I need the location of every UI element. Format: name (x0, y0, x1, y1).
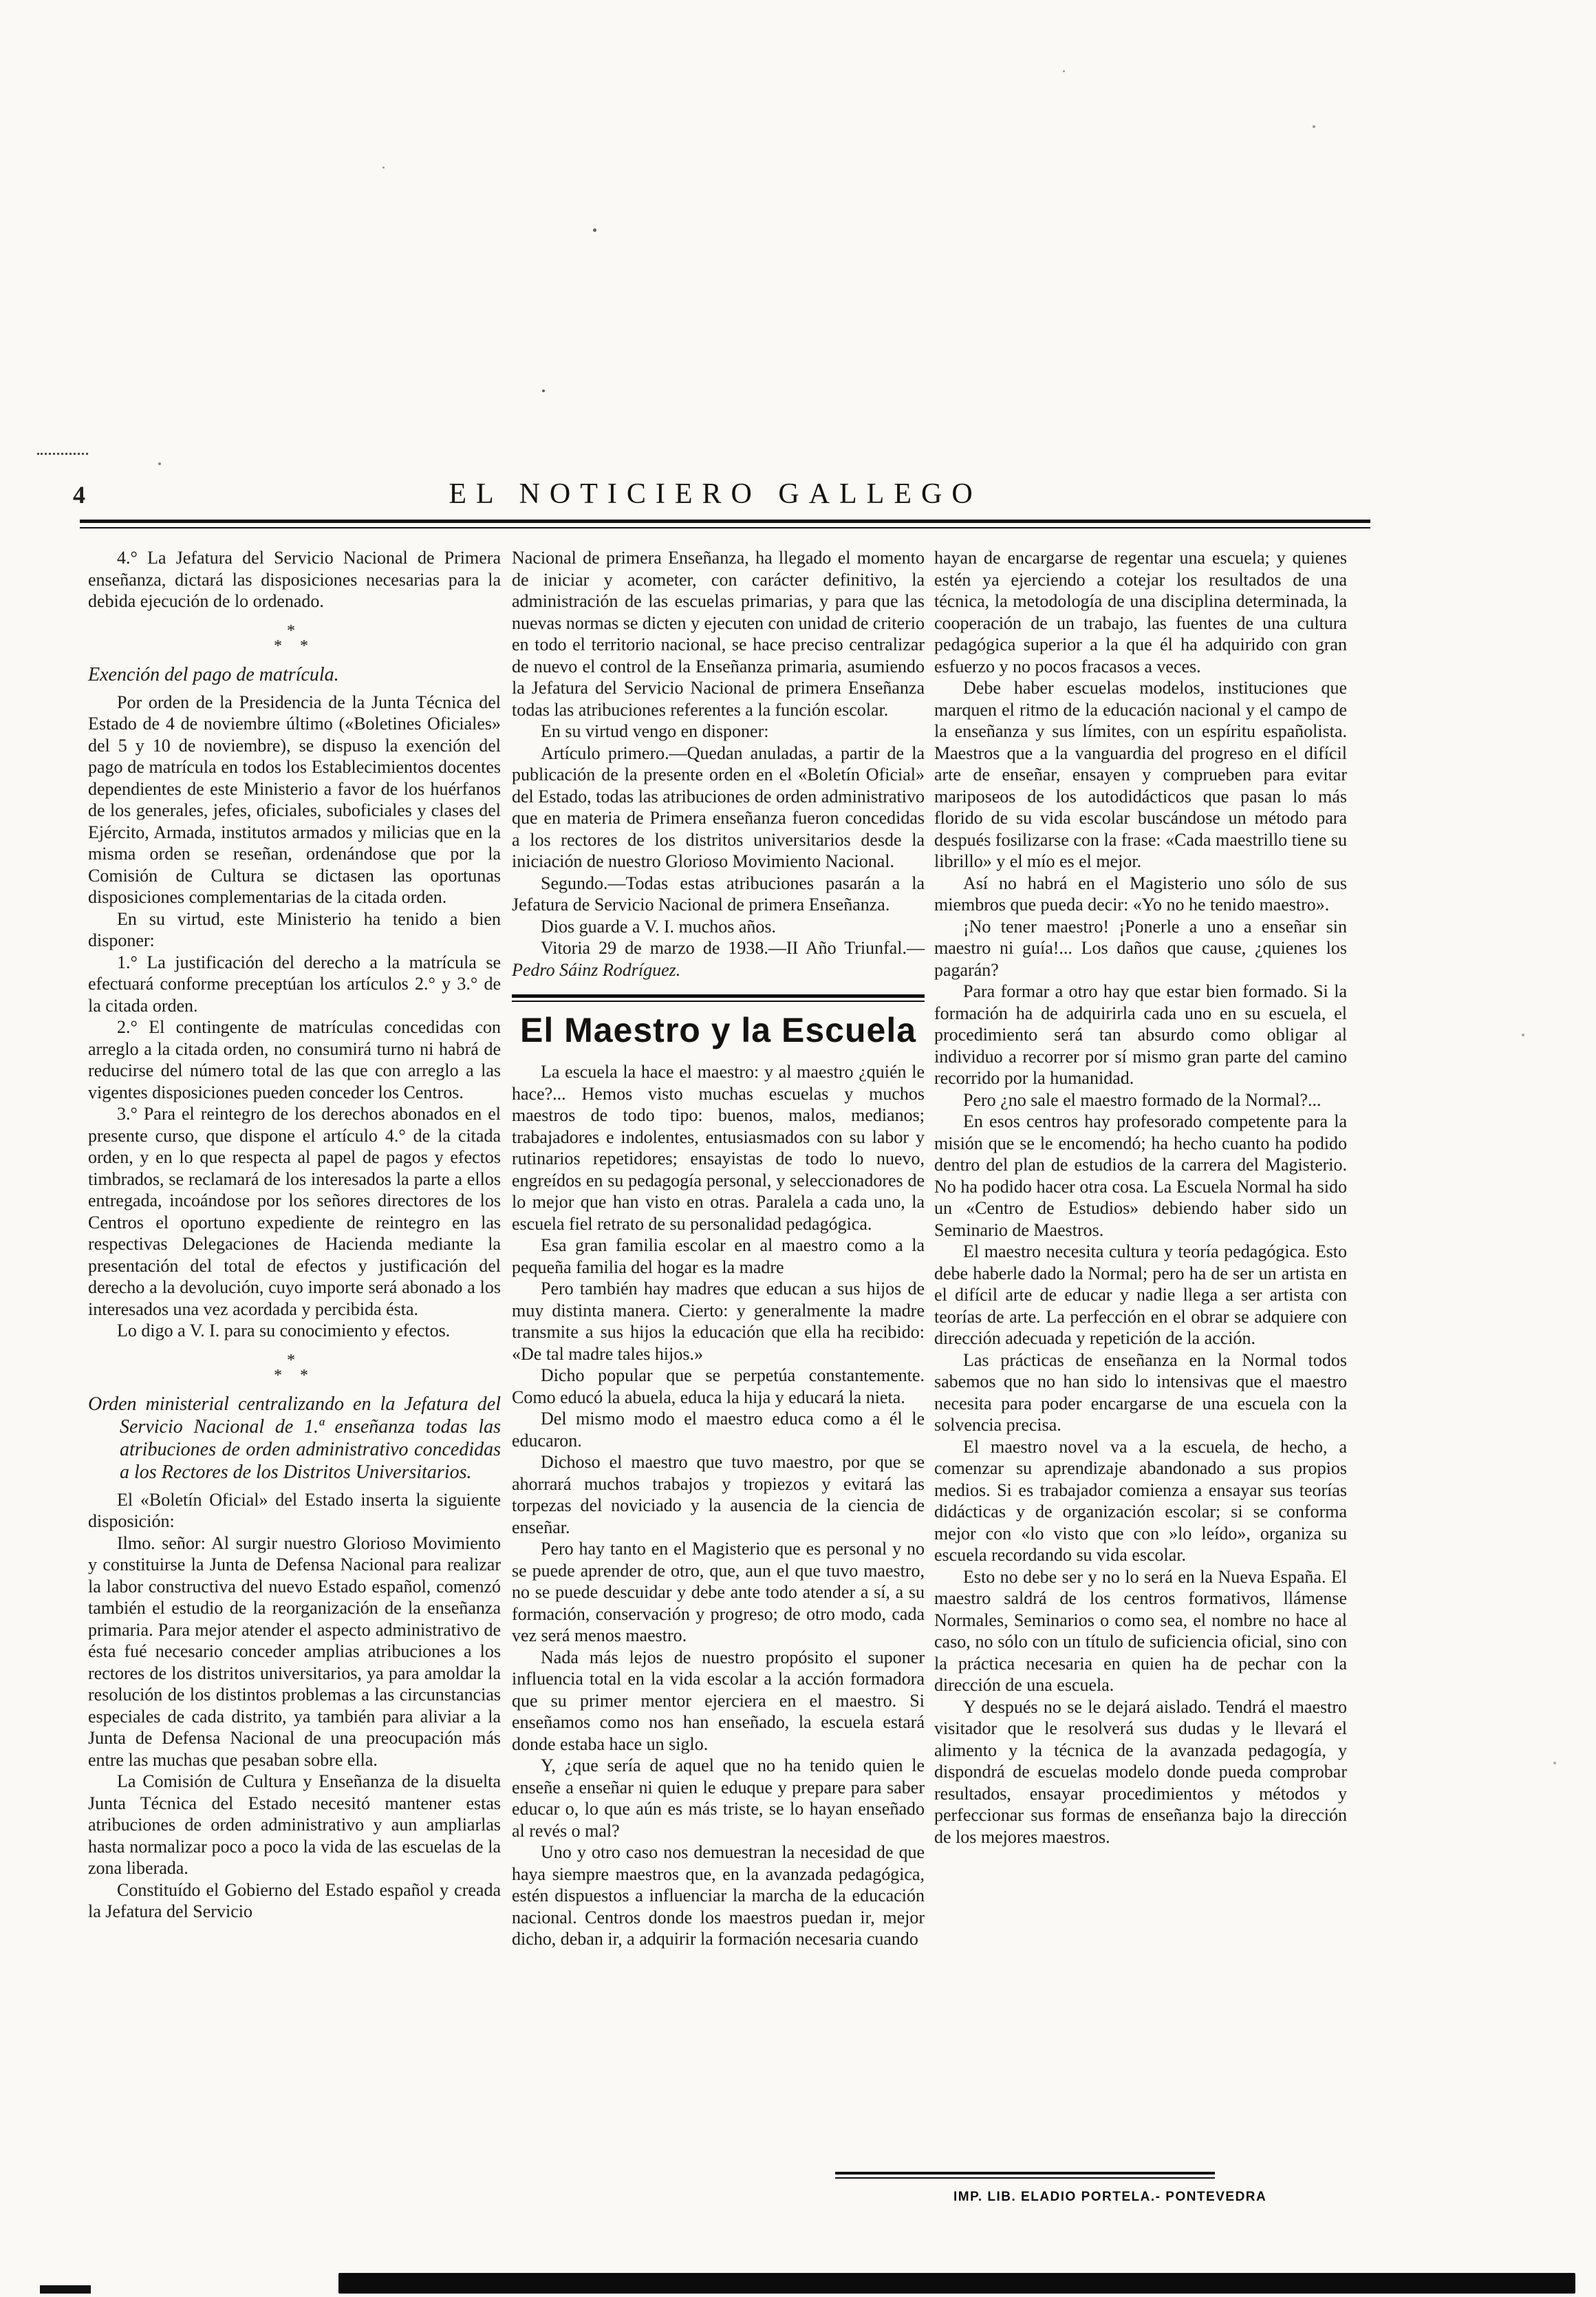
text-column-3: hayan de encargarse de regentar una escu… (934, 547, 1347, 1848)
asterism-separator: ** * (88, 623, 501, 654)
text-column-2: Nacional de primera Enseñanza, ha llegad… (512, 547, 925, 1950)
text-column-1: 4.° La Jefatura del Servicio Nacional de… (88, 547, 501, 1923)
scan-speck (158, 462, 161, 465)
printer-imprint: IMP. LIB. ELADIO PORTELA.- PONTEVEDRA (953, 2190, 1266, 2205)
paragraph: Para formar a otro hay que estar bien fo… (934, 981, 1347, 1089)
asterism-line: * * (88, 639, 501, 654)
paragraph: En su virtud vengo en disponer: (512, 720, 925, 742)
scan-speck (593, 228, 596, 232)
paragraph: Dios guarde a V. I. muchos años. (512, 916, 925, 938)
paragraph: En su virtud, este Ministerio ha tenido … (88, 908, 501, 952)
scan-speck (1522, 1034, 1524, 1036)
asterism-separator: ** * (88, 1353, 501, 1383)
masthead-title: EL NOTICIERO GALLEGO (86, 478, 1345, 511)
paragraph: ¡No tener maestro! ¡Ponerle a uno a ense… (934, 916, 1347, 981)
asterism-line: * (88, 623, 501, 639)
scan-artifact (37, 453, 88, 455)
paragraph: Esa gran familia escolar en al maestro c… (512, 1235, 925, 1278)
paragraph: 4.° La Jefatura del Servicio Nacional de… (88, 547, 501, 612)
section-heading: Exención del pago de matrícula. (88, 663, 501, 686)
paragraph: Por orden de la Presidencia de la Junta … (88, 692, 501, 908)
scan-speck (382, 167, 385, 169)
paragraph: Nacional de primera Enseñanza, ha llegad… (512, 547, 925, 720)
paragraph: En esos centros hay profesorado competen… (934, 1111, 1347, 1241)
paragraph: Constituído el Gobierno del Estado españ… (88, 1879, 501, 1923)
scan-speck (1063, 70, 1065, 72)
asterism-line: * * (88, 1368, 501, 1383)
paragraph: Esto no debe ser y no lo será en la Nuev… (934, 1566, 1347, 1696)
scan-speck (1553, 1762, 1556, 1764)
paragraph: Y, ¿que sería de aquel que no ha tenido … (512, 1755, 925, 1841)
rule-divider (512, 994, 925, 1002)
paragraph: Así no habrá en el Magisterio uno sólo d… (934, 873, 1347, 916)
scan-artifact (40, 2285, 91, 2294)
scan-speck (542, 389, 545, 392)
paragraph: Uno y otro caso nos demuestran la necesi… (512, 1841, 925, 1950)
paragraph: El «Boletín Oficial» del Estado inserta … (88, 1489, 501, 1532)
header-rule (80, 520, 1370, 528)
paragraph: 1.° La justificación del derecho a la ma… (88, 952, 501, 1017)
footer-rule (835, 2172, 1215, 2179)
newspaper-page: 4 EL NOTICIERO GALLEGO 4.° La Jefatura d… (0, 0, 1596, 2297)
article-headline: El Maestro y la Escuela (512, 1010, 925, 1050)
paragraph: El maestro novel va a la escuela, de hec… (934, 1436, 1347, 1566)
paragraph: Pero también hay madres que educan a sus… (512, 1278, 925, 1365)
paragraph: Artículo primero.—Quedan anuladas, a par… (512, 742, 925, 873)
asterism-line: * (88, 1353, 501, 1368)
paragraph: Ilmo. señor: Al surgir nuestro Glorioso … (88, 1532, 501, 1771)
paragraph: hayan de encargarse de regentar una escu… (934, 547, 1347, 677)
paragraph: La Comisión de Cultura y Enseñanza de la… (88, 1771, 501, 1879)
signature-name: Pedro Sáinz Rodríguez. (512, 960, 680, 980)
scan-speck (1313, 125, 1315, 128)
paragraph: La escuela la hace el maestro: y al maes… (512, 1061, 925, 1235)
paragraph: Vitoria 29 de marzo de 1938.—II Año Triu… (512, 937, 925, 981)
paragraph: El maestro necesita cultura y teoría ped… (934, 1241, 1347, 1349)
paragraph: Lo digo a V. I. para su conocimiento y e… (88, 1320, 501, 1342)
section-heading: Orden ministerial centralizando en la Je… (88, 1393, 501, 1484)
paragraph: 3.° Para el reintegro de los derechos ab… (88, 1103, 501, 1320)
paragraph: Pero hay tanto en el Magisterio que es p… (512, 1538, 925, 1647)
page-number: 4 (73, 480, 85, 509)
paragraph: Pero ¿no sale el maestro formado de la N… (934, 1089, 1347, 1111)
text-run: Vitoria 29 de marzo de 1938.—II Año Triu… (541, 938, 925, 958)
paragraph: Nada más lejos de nuestro propósito el s… (512, 1647, 925, 1755)
paragraph: Dicho popular que se perpetúa constantem… (512, 1365, 925, 1408)
paragraph: Las prácticas de enseñanza en la Normal … (934, 1349, 1347, 1436)
paragraph: Debe haber escuelas modelos, institucion… (934, 677, 1347, 873)
paragraph: Y después no se le dejará aislado. Tendr… (934, 1696, 1347, 1848)
paragraph: 2.° El contingente de matrículas concedi… (88, 1016, 501, 1103)
paragraph: Dichoso el maestro que tuvo maestro, por… (512, 1451, 925, 1538)
scan-edge-bar (338, 2273, 1575, 2294)
paragraph: Del mismo modo el maestro educa como a é… (512, 1408, 925, 1451)
paragraph: Segundo.—Todas estas atribuciones pasará… (512, 873, 925, 916)
